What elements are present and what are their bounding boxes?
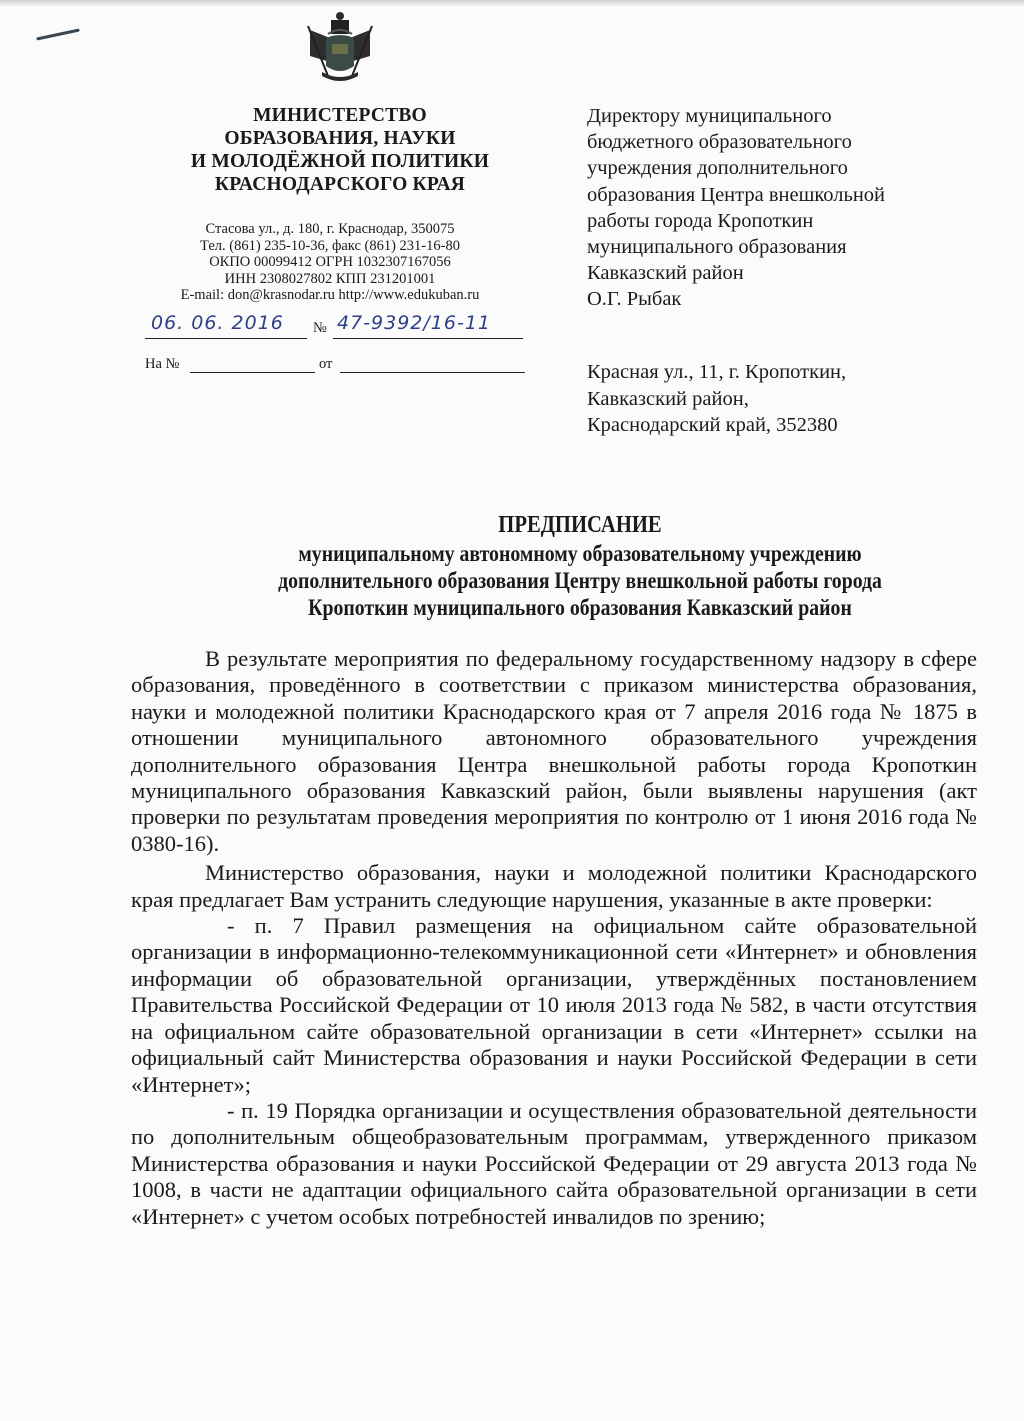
- document-body: В результате мероприятия по федеральному…: [131, 646, 977, 1230]
- contact-phone: Тел. (861) 235-10-36, факс (861) 231-16-…: [130, 238, 530, 255]
- body-paragraph-demand: Министерство образования, науки и молоде…: [131, 860, 977, 913]
- number-label: №: [313, 320, 327, 337]
- registration-date-field: 06. 06. 2016: [145, 312, 307, 339]
- addressee-line: муниципального образования: [587, 234, 1007, 260]
- krasnodar-coat-of-arms-icon: [300, 10, 380, 88]
- contact-email-web: E-mail: don@krasnodar.ru http://www.eduk…: [130, 287, 530, 304]
- ministry-contacts: Стасова ул., д. 180, г. Краснодар, 35007…: [130, 221, 530, 304]
- reply-date-label: от: [319, 356, 332, 373]
- addressee-line: работы города Кропоткин: [587, 208, 1007, 234]
- registration-number-field: 47-9392/16-11: [333, 312, 523, 339]
- ministry-name: МИНИСТЕРСТВО ОБРАЗОВАНИЯ, НАУКИ И МОЛОДЁ…: [150, 104, 530, 196]
- addressee-line: Директору муниципального: [587, 103, 1007, 129]
- address-line: Красная ул., 11, г. Кропоткин,: [587, 359, 1007, 386]
- ministry-line: МИНИСТЕРСТВО: [150, 104, 530, 127]
- violation-item-1: - п. 7 Правил размещения на официальном …: [131, 913, 977, 1098]
- reply-number-blank: [190, 372, 315, 373]
- reply-date-blank: [340, 372, 525, 373]
- address-line: Кавказский район,: [587, 386, 1007, 413]
- reply-number-label: На №: [145, 356, 179, 373]
- addressee-line: Кавказский район: [587, 260, 1007, 286]
- ministry-line: И МОЛОДЁЖНОЙ ПОЛИТИКИ: [150, 150, 530, 173]
- violation-item-2: - п. 19 Порядка организации и осуществле…: [131, 1098, 977, 1230]
- addressee-name: О.Г. Рыбак: [587, 286, 1007, 312]
- registration-date: 06. 06. 2016: [151, 312, 284, 334]
- document-page: МИНИСТЕРСТВО ОБРАЗОВАНИЯ, НАУКИ И МОЛОДЁ…: [0, 0, 1024, 1421]
- pen-mark: [36, 28, 80, 40]
- addressee-postal-address: Красная ул., 11, г. Кропоткин, Кавказски…: [587, 359, 1007, 439]
- addressee-line: образования Центра внешкольной: [587, 182, 1007, 208]
- registration-number: 47-9392/16-11: [337, 312, 491, 334]
- body-paragraph-findings: В результате мероприятия по федеральному…: [131, 646, 977, 857]
- ministry-line: КРАСНОДАРСКОГО КРАЯ: [150, 173, 530, 196]
- contact-okpo-ogrn: ОКПО 00099412 ОГРН 1032307167056: [130, 254, 530, 271]
- title-main: ПРЕДПИСАНИЕ: [498, 510, 661, 540]
- title-subline: дополнительного образования Центру внешк…: [210, 567, 950, 594]
- title-subline: муниципальному автономному образовательн…: [210, 540, 950, 567]
- contact-address: Стасова ул., д. 180, г. Краснодар, 35007…: [130, 221, 530, 238]
- addressee-line: учреждения дополнительного: [587, 155, 1007, 181]
- addressee-block: Директору муниципального бюджетного обра…: [587, 103, 1007, 313]
- registration-line: 06. 06. 2016 № 47-9392/16-11: [145, 312, 545, 342]
- addressee-line: бюджетного образовательного: [587, 129, 1007, 155]
- scan-edge: [0, 0, 1024, 6]
- ministry-line: ОБРАЗОВАНИЯ, НАУКИ: [150, 127, 530, 150]
- document-title: ПРЕДПИСАНИЕ муниципальному автономному о…: [150, 510, 1010, 621]
- address-line: Краснодарский край, 352380: [587, 412, 1007, 439]
- title-subline: Кропоткин муниципального образования Кав…: [210, 594, 950, 621]
- contact-inn-kpp: ИНН 2308027802 КПП 231201001: [130, 271, 530, 288]
